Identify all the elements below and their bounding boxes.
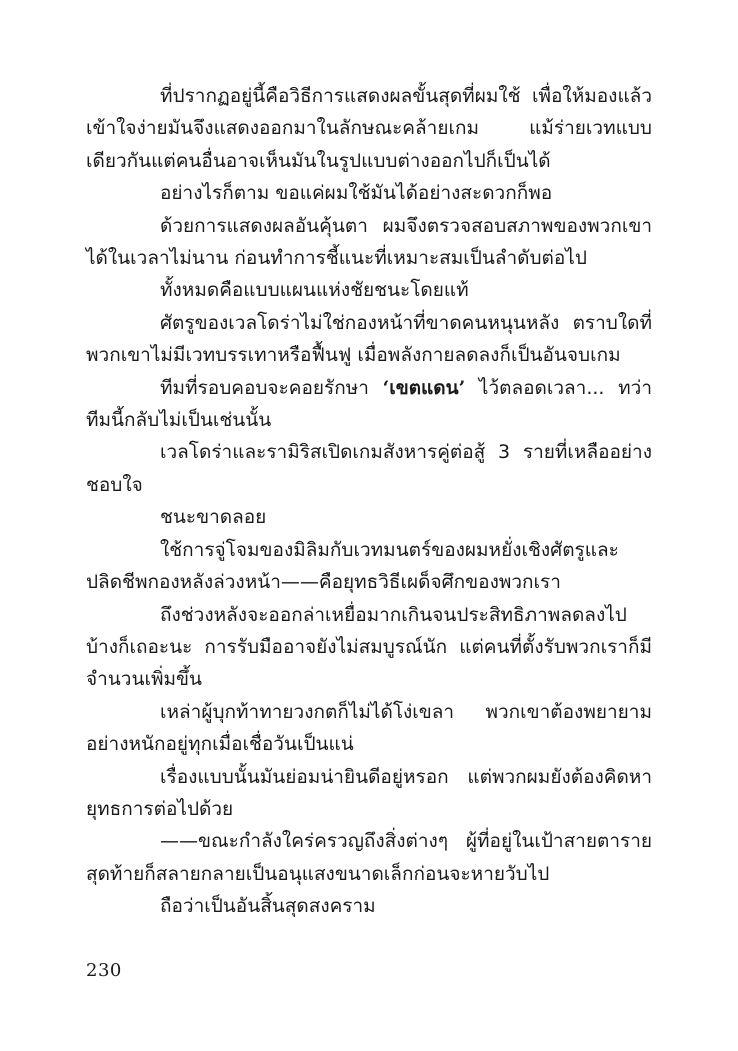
- paragraph-13: ——ขณะกำลังใคร่ครวญถึงสิ่งต่างๆ ผู้ที่อยู…: [86, 825, 652, 890]
- page-body: ที่ปรากฏอยู่นี้คือวิธีการแสดงผลขั้นสุดที…: [86, 80, 652, 923]
- paragraph-6-before: ทีมที่รอบคอบจะคอยรักษา: [160, 377, 383, 399]
- paragraph-9: ใช้การจู่โจมของมิลิมกับเวทมนตร์ของผมหยั่…: [86, 534, 652, 599]
- paragraph-12: เรื่องแบบนั้นมันย่อมน่ายินดีอยู่หรอก แต่…: [86, 761, 652, 826]
- paragraph-2: อย่างไรก็ตาม ขอแค่ผมใช้มันได้อย่างสะดวกก…: [86, 177, 652, 209]
- paragraph-14: ถือว่าเป็นอันสิ้นสุดสงคราม: [86, 890, 652, 922]
- paragraph-6: ทีมที่รอบคอบจะคอยรักษา ‘เขตแดน’ ไว้ตลอดเ…: [86, 372, 652, 437]
- paragraph-8: ชนะขาดลอย: [86, 501, 652, 533]
- emphasized-term: ‘เขตแดน’: [383, 377, 466, 399]
- paragraph-4: ทั้งหมดคือแบบแผนแห่งชัยชนะโดยแท้: [86, 274, 652, 306]
- paragraph-1: ที่ปรากฏอยู่นี้คือวิธีการแสดงผลขั้นสุดที…: [86, 80, 652, 177]
- paragraph-11: เหล่าผู้บุกท้าทายวงกตก็ไม่ได้โง่เขลา พวก…: [86, 696, 652, 761]
- paragraph-7: เวลโดร่าและรามิริสเปิดเกมสังหารคู่ต่อสู้…: [86, 436, 652, 501]
- paragraph-10: ถึงช่วงหลังจะออกล่าเหยื่อมากเกินจนประสิท…: [86, 599, 652, 696]
- paragraph-3: ด้วยการแสดงผลอันคุ้นตา ผมจึงตรวจสอบสภาพข…: [86, 210, 652, 275]
- page-number: 230: [86, 960, 122, 981]
- paragraph-5: ศัตรูของเวลโดร่าไม่ใช่กองหน้าที่ขาดคนหนุ…: [86, 307, 652, 372]
